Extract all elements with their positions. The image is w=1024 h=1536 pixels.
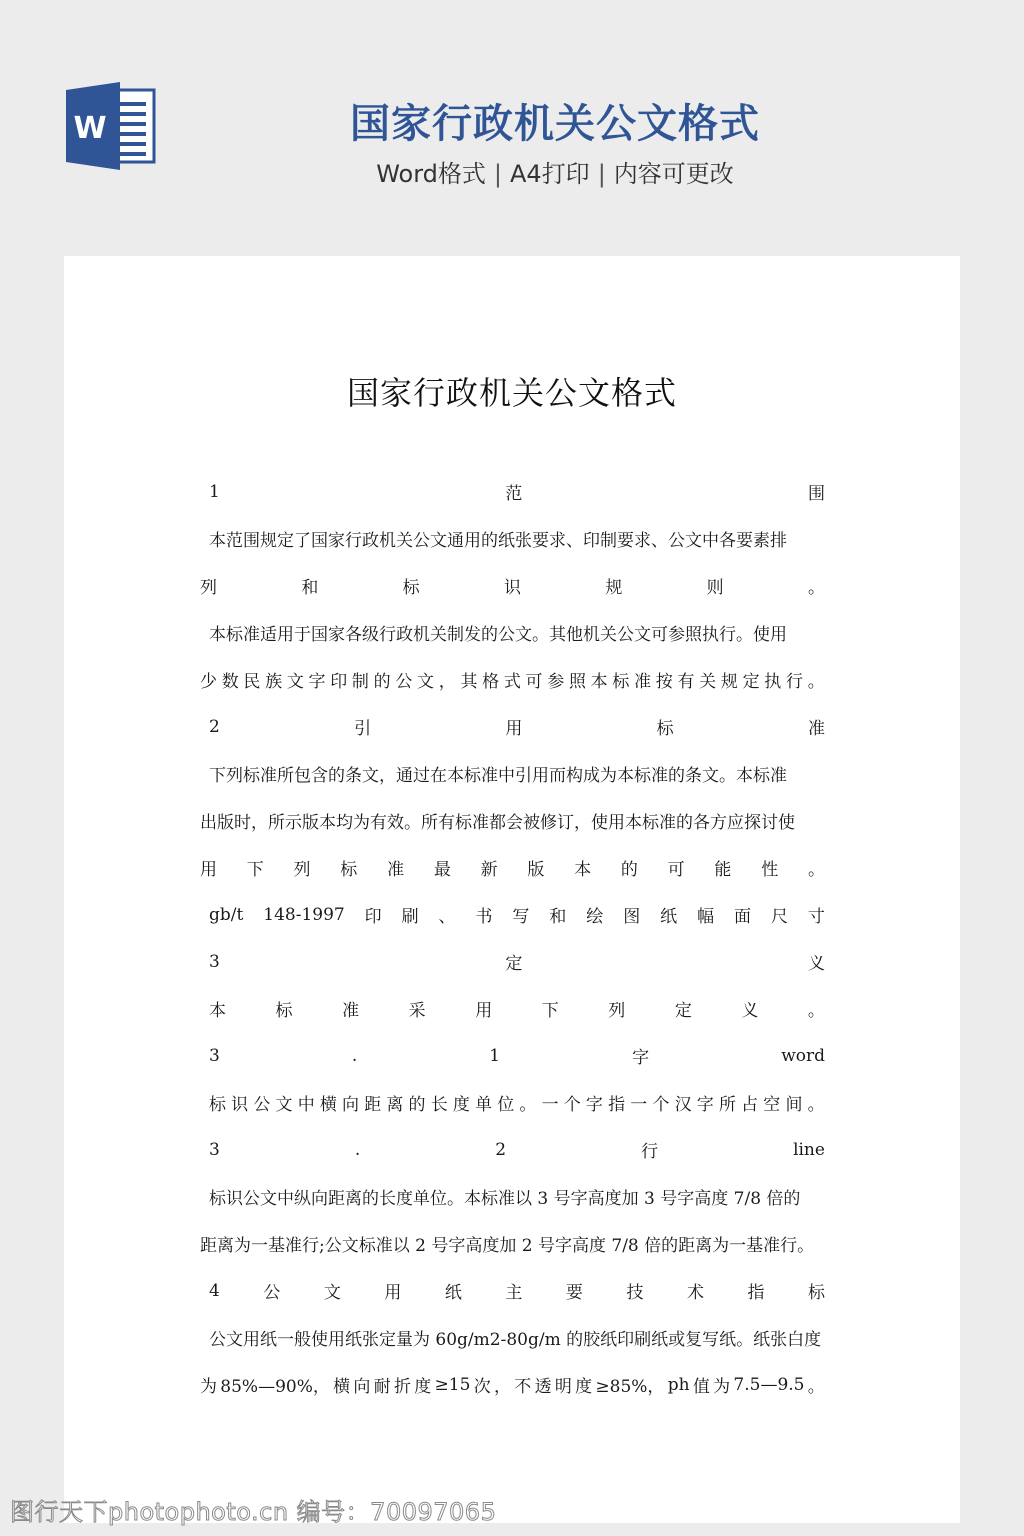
- line-token: ，: [494, 1372, 511, 1397]
- line-token: 一: [630, 1090, 647, 1115]
- line-token: 式: [504, 667, 521, 692]
- line-token: 绘: [586, 902, 603, 927]
- line-token: 最: [434, 855, 451, 880]
- line-token: 出版时，所示版本均为有效。所有标准都会被修订，使用本标准的各方应探讨使: [200, 808, 795, 833]
- line-token: 7.5—9.5: [733, 1375, 804, 1395]
- line-token: 识: [231, 1090, 248, 1115]
- line-token: 印: [330, 667, 347, 692]
- document-line: gb/t148-1997印刷、书写和绘图纸幅面尺寸: [200, 891, 825, 938]
- line-token: 面: [734, 902, 751, 927]
- line-token: 定: [505, 949, 522, 974]
- line-token: 少: [200, 667, 217, 692]
- line-token: 纸: [445, 1278, 462, 1303]
- line-token: 采: [409, 996, 426, 1021]
- line-token: 刷: [402, 902, 419, 927]
- line-token: 字: [586, 1090, 603, 1115]
- line-token: 写: [512, 902, 529, 927]
- line-token: 本范围规定了国家行政机关公文通用的纸张要求、印制要求、公文中各要素排: [209, 526, 787, 551]
- document-line: 3.1字word: [200, 1032, 825, 1079]
- line-token: line: [793, 1140, 825, 1160]
- line-token: 文: [417, 667, 434, 692]
- line-token: 1: [489, 1046, 500, 1066]
- line-token: 横: [333, 1372, 350, 1397]
- line-token: 识: [504, 573, 521, 598]
- line-token: 1: [209, 482, 220, 502]
- line-token: 制: [352, 667, 369, 692]
- line-token: 间: [785, 1090, 802, 1115]
- line-token: 的: [409, 1090, 426, 1115]
- line-token: 标识公文中纵向距离的长度单位。本标准以 3 号字高度加 3 号字高度 7/8 倍…: [209, 1184, 800, 1209]
- document-line: 2引用标准: [200, 703, 825, 750]
- document-title: 国家行政机关公文格式: [0, 368, 1024, 414]
- line-token: 定: [743, 667, 760, 692]
- document-line: 标识公文中横向距离的长度单位。一个字指一个汉字所占空间。: [200, 1079, 825, 1126]
- line-token: 其: [460, 667, 477, 692]
- line-token: 版: [527, 855, 544, 880]
- line-token: 准: [634, 667, 651, 692]
- line-token: 一: [542, 1090, 559, 1115]
- line-token: 标: [403, 573, 420, 598]
- line-token: 占: [741, 1090, 758, 1115]
- line-token: 公: [395, 667, 412, 692]
- line-token: 执: [764, 667, 781, 692]
- line-token: 寸: [808, 902, 825, 927]
- line-token: ≥15: [435, 1375, 471, 1395]
- line-token: 。: [808, 1090, 825, 1115]
- document-line: 少数民族文字印制的公文，其格式可参照本标准按有关规定执行。: [200, 656, 825, 703]
- document-line: 出版时，所示版本均为有效。所有标准都会被修订，使用本标准的各方应探讨使: [200, 797, 825, 844]
- line-token: 字: [309, 667, 326, 692]
- document-line: 3定义: [200, 938, 825, 985]
- document-line: 本范围规定了国家行政机关公文通用的纸张要求、印制要求、公文中各要素排: [200, 515, 825, 562]
- line-token: 和: [301, 573, 318, 598]
- line-token: 3: [209, 1046, 220, 1066]
- document-line: 本标准适用于国家各级行政机关制发的公文。其他机关公文可参照执行。使用: [200, 609, 825, 656]
- banner-subtitle: Word格式|A4打印|内容可更改: [300, 154, 810, 189]
- document-line: 为85%—90%，横向耐折度≥15次，不透明度≥85%，ph值为7.5—9.5。: [200, 1361, 825, 1408]
- line-token: 次: [474, 1372, 491, 1397]
- line-token: 折: [394, 1372, 411, 1397]
- line-token: 列: [200, 573, 217, 598]
- line-token: 4: [209, 1281, 220, 1301]
- line-token: 性: [761, 855, 778, 880]
- line-token: 标: [657, 714, 674, 739]
- line-token: 文: [276, 1090, 293, 1115]
- line-token: 横: [320, 1090, 337, 1115]
- line-token: 的: [374, 667, 391, 692]
- document-body: 1范围本范围规定了国家行政机关公文通用的纸张要求、印制要求、公文中各要素排列和标…: [200, 468, 825, 1408]
- line-token: 能: [714, 855, 731, 880]
- line-token: 本: [591, 667, 608, 692]
- line-token: 用: [200, 855, 217, 880]
- document-line: 公文用纸一般使用纸张定量为 60g/m2-80g/m 的胶纸印刷纸或复写纸。纸张…: [200, 1314, 825, 1361]
- line-token: 范: [505, 479, 522, 504]
- line-token: 度: [414, 1372, 431, 1397]
- line-token: 字: [697, 1090, 714, 1115]
- line-token: 印: [365, 902, 382, 927]
- line-token: 为: [713, 1372, 730, 1397]
- line-token: .: [355, 1140, 360, 1160]
- line-token: 。: [808, 1372, 825, 1397]
- line-token: 个: [564, 1090, 581, 1115]
- line-token: 。: [519, 1090, 536, 1115]
- line-token: 。: [808, 573, 825, 598]
- line-token: 义: [808, 949, 825, 974]
- line-token: 85%—90%，: [220, 1372, 330, 1397]
- line-token: 汉: [675, 1090, 692, 1115]
- line-token: 术: [687, 1278, 704, 1303]
- line-token: 向: [342, 1090, 359, 1115]
- line-token: ≥85%，: [595, 1372, 664, 1397]
- line-token: 度: [453, 1090, 470, 1115]
- line-token: 按: [656, 667, 673, 692]
- line-token: 用: [505, 714, 522, 739]
- line-token: ，: [439, 667, 456, 692]
- line-token: gb/t: [209, 905, 243, 925]
- line-token: 长: [431, 1090, 448, 1115]
- line-token: 主: [505, 1278, 522, 1303]
- line-token: 下: [247, 855, 264, 880]
- line-token: 和: [549, 902, 566, 927]
- line-token: 的: [621, 855, 638, 880]
- line-token: 关: [699, 667, 716, 692]
- line-token: 用: [475, 996, 492, 1021]
- document-line: 3.2行line: [200, 1126, 825, 1173]
- line-token: 定: [675, 996, 692, 1021]
- line-token: 3: [209, 952, 220, 972]
- line-token: 指: [747, 1278, 764, 1303]
- line-token: 规: [605, 573, 622, 598]
- line-token: 照: [569, 667, 586, 692]
- subtitle-editable: 内容可更改: [614, 160, 734, 188]
- line-token: 纸: [660, 902, 677, 927]
- line-token: 文: [287, 667, 304, 692]
- line-token: 公文用纸一般使用纸张定量为 60g/m2-80g/m 的胶纸印刷纸或复写纸。纸张…: [209, 1325, 821, 1350]
- line-token: 。: [808, 667, 825, 692]
- line-token: 指: [608, 1090, 625, 1115]
- line-token: 准: [342, 996, 359, 1021]
- line-token: 可: [668, 855, 685, 880]
- word-document-icon: W: [64, 80, 158, 170]
- line-token: 3: [209, 1140, 220, 1160]
- banner-title: 国家行政机关公文格式: [300, 92, 810, 149]
- line-token: 个: [652, 1090, 669, 1115]
- line-token: 技: [626, 1278, 643, 1303]
- line-token: 图: [623, 902, 640, 927]
- watermark: 图行天下photophoto.cn 编号：70097065: [10, 1492, 496, 1527]
- line-token: 准: [808, 714, 825, 739]
- line-token: 单: [475, 1090, 492, 1115]
- line-token: 族: [265, 667, 282, 692]
- line-token: 字: [632, 1043, 649, 1068]
- line-token: 本标准适用于国家各级行政机关制发的公文。其他机关公文可参照执行。使用: [209, 620, 787, 645]
- document-line: 本标准采用下列定义。: [200, 985, 825, 1032]
- line-token: .: [352, 1046, 357, 1066]
- line-token: 2: [495, 1140, 506, 1160]
- line-token: 距离为一基准行;公文标准以 2 号字高度加 2 号字高度 7/8 倍的距离为一基…: [200, 1231, 814, 1256]
- line-token: 幅: [697, 902, 714, 927]
- banner: W 国家行政机关公文格式 Word格式|A4打印|内容可更改: [0, 0, 1024, 256]
- line-token: ph: [668, 1375, 690, 1395]
- line-token: 有: [677, 667, 694, 692]
- line-token: 引: [354, 714, 371, 739]
- line-token: 离: [386, 1090, 403, 1115]
- line-token: 文: [324, 1278, 341, 1303]
- line-token: 标: [612, 667, 629, 692]
- line-token: 参: [547, 667, 564, 692]
- line-token: 本: [209, 996, 226, 1021]
- subtitle-format: Word格式: [376, 160, 486, 188]
- line-token: 。: [808, 996, 825, 1021]
- line-token: 下: [542, 996, 559, 1021]
- line-token: 公: [263, 1278, 280, 1303]
- line-token: 下列标准所包含的条文，通过在本标准中引用而构成为本标准的条文。本标准: [209, 761, 787, 786]
- line-token: 位: [497, 1090, 514, 1115]
- subtitle-print: A4打印: [510, 160, 590, 188]
- subtitle-separator: |: [598, 160, 606, 188]
- subtitle-separator: |: [494, 160, 502, 188]
- line-token: 新: [481, 855, 498, 880]
- document-line: 距离为一基准行;公文标准以 2 号字高度加 2 号字高度 7/8 倍的距离为一基…: [200, 1220, 825, 1267]
- document-line: 下列标准所包含的条文，通过在本标准中引用而构成为本标准的条文。本标准: [200, 750, 825, 797]
- line-token: 民: [243, 667, 260, 692]
- line-token: 2: [209, 717, 220, 737]
- line-token: 公: [253, 1090, 270, 1115]
- line-token: 标: [340, 855, 357, 880]
- line-token: 列: [294, 855, 311, 880]
- line-token: 则: [707, 573, 724, 598]
- line-token: 不: [514, 1372, 531, 1397]
- line-token: 明: [555, 1372, 572, 1397]
- line-token: 列: [608, 996, 625, 1021]
- line-token: 行: [641, 1137, 658, 1162]
- line-token: 、: [439, 902, 456, 927]
- line-token: 距: [364, 1090, 381, 1115]
- line-token: 度: [575, 1372, 592, 1397]
- line-token: 义: [741, 996, 758, 1021]
- line-token: 准: [387, 855, 404, 880]
- line-token: 书: [475, 902, 492, 927]
- line-token: 格: [482, 667, 499, 692]
- document-line: 标识公文中纵向距离的长度单位。本标准以 3 号字高度加 3 号字高度 7/8 倍…: [200, 1173, 825, 1220]
- line-token: 标: [276, 996, 293, 1021]
- line-token: 向: [353, 1372, 370, 1397]
- line-token: 尺: [771, 902, 788, 927]
- line-token: 用: [384, 1278, 401, 1303]
- document-line: 列和标识规则。: [200, 562, 825, 609]
- line-token: 为: [200, 1372, 217, 1397]
- document-line: 4公文用纸主要技术指标: [200, 1267, 825, 1314]
- line-token: 标: [808, 1278, 825, 1303]
- line-token: 透: [535, 1372, 552, 1397]
- line-token: 可: [526, 667, 543, 692]
- line-token: 所: [719, 1090, 736, 1115]
- line-token: 耐: [374, 1372, 391, 1397]
- line-token: 标: [209, 1090, 226, 1115]
- line-token: 本: [574, 855, 591, 880]
- line-token: 空: [763, 1090, 780, 1115]
- document-line: 1范围: [200, 468, 825, 515]
- line-token: 数: [222, 667, 239, 692]
- line-token: 规: [721, 667, 738, 692]
- word-icon-letter: W: [73, 111, 106, 146]
- line-token: word: [781, 1046, 825, 1066]
- line-token: 行: [786, 667, 803, 692]
- line-token: 值: [693, 1372, 710, 1397]
- line-token: 中: [298, 1090, 315, 1115]
- line-token: 围: [808, 479, 825, 504]
- line-token: 148-1997: [263, 905, 344, 925]
- line-token: 要: [566, 1278, 583, 1303]
- document-line: 用下列标准最新版本的可能性。: [200, 844, 825, 891]
- line-token: 。: [808, 855, 825, 880]
